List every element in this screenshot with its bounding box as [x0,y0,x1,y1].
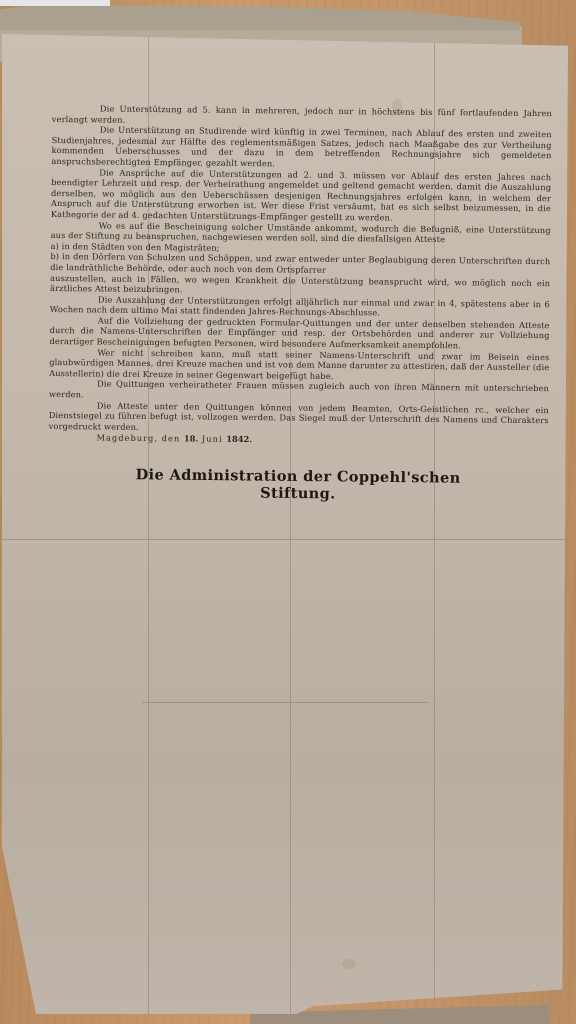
fold-line [2,539,568,540]
paper-stain [342,959,356,969]
paragraph: Die Atteste unter den Quittungen können … [49,400,549,437]
date-day: 18. [184,434,199,444]
place-name: Magdeburg, den [96,433,180,444]
document-body: Die Unterstützung ad 5. kann in mehreren… [48,103,552,448]
signature-line: Die Administration der Coppehl'schen Sti… [118,466,478,504]
date-year: 1842. [226,434,252,444]
underlying-white-sheet [0,0,110,6]
paragraph: Auf die Vollziehung der gedruckten Formu… [49,315,549,352]
paragraph: Die Unterstützung an Studirende wird kün… [51,124,551,172]
paragraph: Wer nicht schreiben kann, muß statt sein… [49,347,549,384]
date-month: Juni [202,434,223,444]
fold-line [142,702,428,703]
paragraph: Die Ansprüche auf die Unterstützungen ad… [51,167,552,225]
